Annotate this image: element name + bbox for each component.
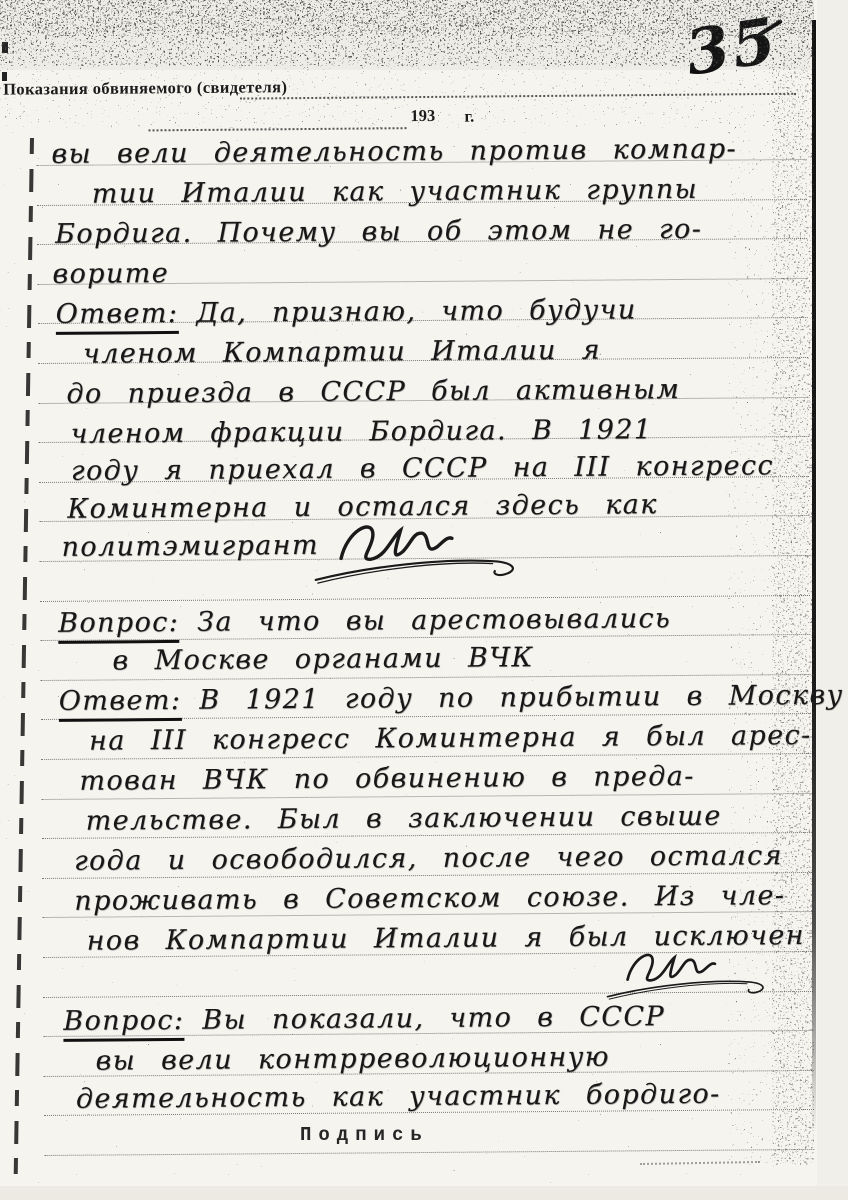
line-text: на III конгресс Коминтерна я был арес-	[89, 720, 812, 757]
line-text: членом Компартии Италии я	[83, 335, 601, 370]
ruled-line	[40, 595, 810, 602]
manuscript-line: тельстве. Был в заключении свыше	[86, 798, 722, 841]
manuscript-line: членом Компартии Италии я	[83, 332, 601, 374]
manuscript-line: деятельность как участник бордиго-	[76, 1076, 721, 1119]
signature-flourish-icon	[599, 931, 785, 1008]
manuscript-line: тии Италии как участник группы	[92, 171, 698, 214]
line-text: вы вели деятельность против компар-	[51, 134, 737, 170]
line-text: году я приехал в СССР на III конгресс	[71, 450, 774, 487]
manuscript-line: вы вели контрреволюционную	[95, 1039, 610, 1081]
signature-label: Подпись	[300, 1124, 429, 1146]
manuscript-line: вы вели деятельность против компар-	[51, 131, 737, 174]
line-text: Бордига. Почему вы об этом не го-	[55, 214, 702, 250]
manuscript-line: до приезда в СССР был активным	[66, 371, 680, 414]
qa-prefix: Вопрос:	[63, 1005, 184, 1042]
line-text: В 1921 году по прибытии в Москву	[199, 680, 844, 716]
manuscript-line: членом фракции Бордига. В 1921	[71, 411, 653, 454]
qa-prefix: Ответ:	[56, 298, 179, 335]
manuscript-line: проживать в Советском союзе. Из чле-	[74, 877, 785, 921]
line-text: тован ВЧК по обвинению в преда-	[79, 761, 694, 797]
manuscript-line: Ответ:Да, признаю, что будучи	[56, 291, 637, 334]
line-text: вы вели контрреволюционную	[95, 1042, 610, 1077]
manuscript-line: тован ВЧК по обвинению в преда-	[79, 758, 695, 801]
line-text: проживать в Советском союзе. Из чле-	[74, 880, 785, 917]
manuscript-line: Вопрос:За что вы арестовывались	[58, 600, 671, 643]
line-text: членом фракции Бордига. В 1921	[71, 414, 653, 450]
line-text: тии Италии как участник группы	[92, 174, 698, 210]
line-text: тельстве. Был в заключении свыше	[86, 801, 722, 837]
scanned-document-page: Показания обвиняемого (свидетеля) 193 г.…	[0, 0, 848, 1200]
line-text: деятельность как участник бордиго-	[76, 1079, 721, 1115]
manuscript-line: Бордига. Почему вы об этом не го-	[55, 211, 702, 254]
qa-prefix: Вопрос:	[58, 607, 179, 644]
line-text: Вы показали, что в СССР	[202, 1001, 665, 1036]
line-text: ворите	[52, 258, 169, 290]
line-text: до приезда в СССР был активным	[66, 374, 680, 410]
rules-layer	[0, 0, 843, 3]
manuscript-line: политэмигрант	[61, 527, 319, 567]
manuscript-line: Ответ:В 1921 году по прибытии в Москву	[59, 677, 844, 721]
signature-flourish-icon	[304, 497, 540, 595]
manuscript-line: Вопрос:Вы показали, что в СССР	[63, 998, 665, 1041]
manuscript-line: в Москве органами ВЧК	[112, 639, 534, 680]
manuscript-line: года и освободился, после чего остался	[74, 837, 783, 881]
manuscript-sheet: вы вели деятельность против компар- тии …	[0, 0, 848, 1200]
line-text: За что вы арестовывались	[197, 603, 671, 638]
qa-prefix: Ответ:	[59, 685, 182, 722]
line-text: в Москве органами ВЧК	[112, 642, 533, 676]
line-text: политэмигрант	[61, 530, 319, 563]
manuscript-line: году я приехал в СССР на III конгресс	[71, 447, 774, 491]
ruled-line	[44, 1149, 814, 1156]
manuscript-line: на III конгресс Коминтерна я был арес-	[89, 717, 812, 761]
line-text: Да, признаю, что будучи	[196, 294, 637, 328]
line-text: года и освободился, после чего остался	[74, 840, 783, 877]
manuscript-line: ворите	[52, 255, 169, 294]
